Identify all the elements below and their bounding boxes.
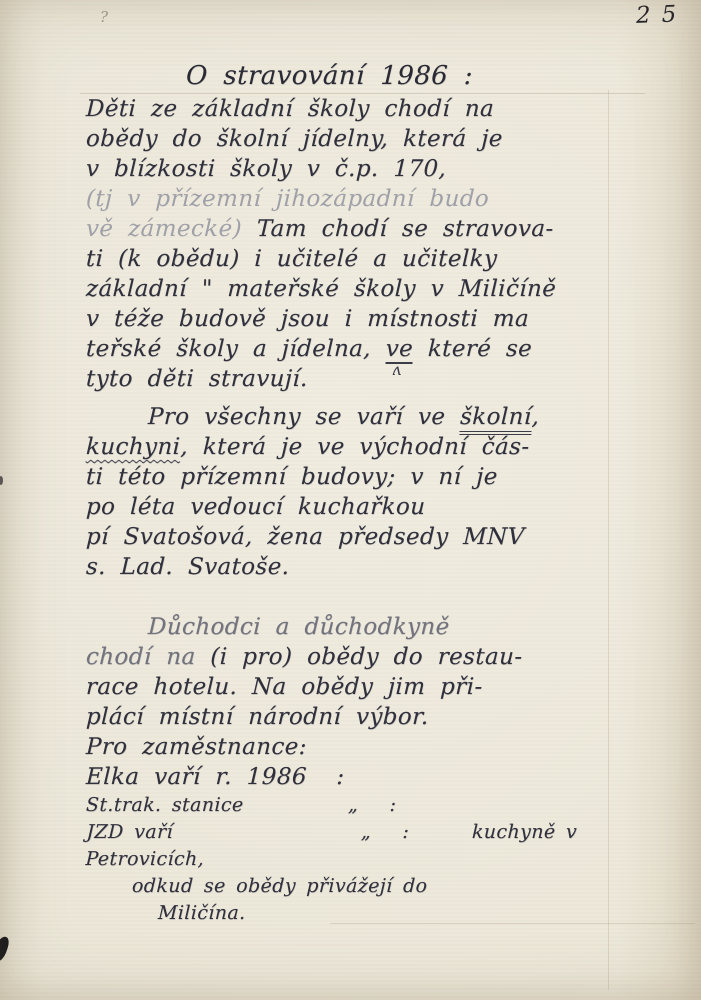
handwriting-block: O stravování 1986 :Děti ze základní škol… bbox=[86, 58, 646, 927]
ink-blot bbox=[0, 935, 11, 963]
handwritten-line: odkud se obědy přivážejí do bbox=[86, 873, 647, 900]
handwritten-line: Děti ze základní školy chodí na bbox=[85, 94, 646, 124]
handwritten-line: JZD vaří „ : kuchyně v Petrovicích, bbox=[85, 819, 647, 873]
chronicle-page: ? 25 ʌ O stravování 1986 :Děti ze základ… bbox=[0, 0, 701, 1000]
handwritten-line: St.trak. stanice „ : bbox=[86, 792, 647, 819]
handwritten-line: teřské školy a jídelna, ve které se bbox=[85, 334, 646, 364]
handwritten-line: O stravování 1986 : bbox=[85, 58, 646, 94]
handwritten-line: tyto děti stravují. bbox=[85, 364, 646, 394]
handwritten-line: ti (k obědu) i učitelé a učitelky bbox=[85, 244, 646, 274]
handwritten-line: Důchodci a důchodkyně bbox=[85, 612, 646, 642]
handwritten-line: Pro zaměstnance: bbox=[85, 732, 646, 762]
handwritten-line: race hotelu. Na obědy jim při- bbox=[85, 672, 646, 702]
page-number: 25 bbox=[635, 1, 687, 29]
handwritten-line: kuchyni, která je ve východní čás- bbox=[85, 432, 646, 462]
handwritten-line: obědy do školní jídelny, která je bbox=[85, 124, 646, 154]
handwritten-line: v téže budově jsou i místnosti ma bbox=[85, 304, 646, 334]
handwritten-line: vě zámecké) Tam chodí se stravova- bbox=[85, 214, 646, 244]
handwritten-line: (tj v přízemní jihozápadní budo bbox=[85, 184, 646, 214]
handwritten-line: plácí místní národní výbor. bbox=[85, 702, 646, 732]
pencil-question-mark: ? bbox=[100, 8, 108, 26]
handwritten-line: pí Svatošová, žena předsedy MNV bbox=[85, 522, 646, 552]
handwritten-line: Elka vaří r. 1986 : bbox=[85, 762, 646, 792]
handwritten-line: Pro všechny se vaří ve školní, bbox=[85, 402, 646, 432]
handwritten-line: po léta vedoucí kuchařkou bbox=[85, 492, 646, 522]
handwritten-line: v blízkosti školy v č.p. 170, bbox=[85, 154, 646, 184]
handwritten-line: ti této přízemní budovy; v ní je bbox=[85, 462, 646, 492]
ink-speck bbox=[0, 476, 3, 485]
handwritten-line: s. Lad. Svatoše. bbox=[85, 552, 646, 582]
handwritten-line: Miličína. bbox=[86, 900, 647, 927]
handwritten-line: chodí na (i pro) obědy do restau- bbox=[85, 642, 646, 672]
handwritten-line: základní " mateřské školy v Miličíně bbox=[85, 274, 646, 304]
